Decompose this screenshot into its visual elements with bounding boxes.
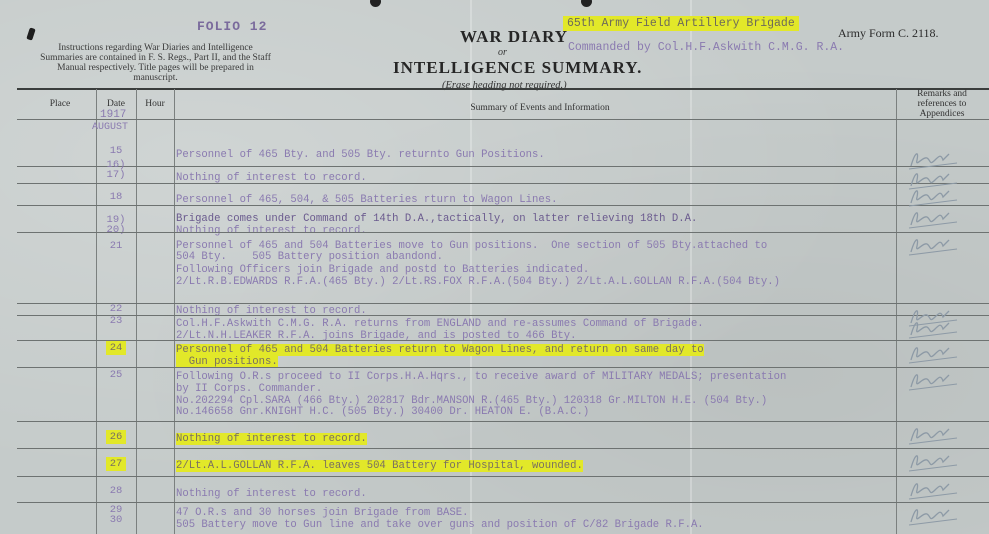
column-header-place: Place [40, 99, 80, 109]
entry-text: 2/Lt.A.L.GOLLAN R.F.A. leaves 504 Batter… [176, 461, 896, 472]
initials-signature-icon [905, 185, 965, 209]
entry-date: 24 [100, 343, 132, 353]
entry-text: Following Officers join Brigade and post… [176, 265, 896, 276]
row-rule [17, 421, 989, 422]
entry-text: 2/Lt.R.B.EDWARDS R.F.A.(465 Bty.) 2/Lt.R… [176, 277, 896, 288]
war-diary-page: FOLIO 12 Instructions regarding War Diar… [0, 0, 989, 534]
ink-mark [26, 27, 35, 40]
initials-signature-icon [905, 478, 965, 502]
entry-text: Nothing of interest to record. [176, 434, 896, 445]
title-or: or [498, 47, 507, 58]
initials-signature-icon [905, 504, 965, 528]
unit-name: 65th Army Field Artillery Brigade [563, 16, 799, 31]
initials-signature-icon [905, 234, 965, 258]
entry-text: Brigade comes under Command of 14th D.A.… [176, 214, 896, 225]
entry-text: by II Corps. Commander. [176, 384, 896, 395]
table-top-rule [17, 88, 989, 90]
date-column-left-rule [96, 89, 97, 534]
row-rule [17, 303, 989, 304]
entry-text: Col.H.F.Askwith C.M.G. R.A. returns from… [176, 319, 896, 330]
row-rule [17, 232, 989, 233]
entry-text: Personnel of 465 and 504 Batteries retur… [176, 345, 896, 356]
entry-text: Nothing of interest to record. [176, 489, 896, 500]
initials-signature-icon [905, 207, 965, 231]
instructions-text: Instructions regarding War Diaries and I… [38, 43, 273, 83]
row-rule [17, 367, 989, 368]
initials-signature-icon [905, 450, 965, 474]
entry-text: No.146658 Gnr.KNIGHT H.C. (505 Bty.) 304… [176, 407, 896, 418]
row-rule [17, 166, 989, 167]
column-header-date: Date [98, 99, 134, 109]
date-column-right-rule [136, 89, 137, 534]
punch-hole [581, 0, 592, 7]
initials-signature-icon [905, 369, 965, 393]
column-header-remarks: Remarks and references to Appendices [900, 89, 984, 119]
entry-date: 25 [100, 370, 132, 380]
entry-date: 27 [100, 459, 132, 469]
entry-text: 504 Bty. 505 Battery position abandond. [176, 252, 896, 263]
row-rule [17, 448, 989, 449]
column-header-summary: Summary of Events and Information [420, 103, 660, 113]
month: AUGUST [92, 122, 128, 133]
initials-signature-icon [905, 317, 965, 341]
initials-signature-icon [905, 423, 965, 447]
entry-date: 26 [100, 432, 132, 442]
punch-hole [370, 0, 381, 7]
entry-date: 18 [100, 192, 132, 202]
entry-text: Personnel of 465 Bty. and 505 Bty. retur… [176, 150, 896, 161]
row-rule [17, 502, 989, 503]
remarks-column-left-rule [896, 89, 897, 534]
folio-stamp: FOLIO 12 [197, 19, 267, 34]
hour-column-right-rule [174, 89, 175, 534]
title-intelligence-summary: INTELLIGENCE SUMMARY. [393, 58, 642, 78]
entry-date: 23 [100, 316, 132, 326]
entry-date: 29 30 [100, 505, 132, 525]
entry-date: 16) 17) [100, 160, 132, 180]
row-rule [17, 315, 989, 316]
entry-text: Following O.R.s proceed to II Corps.H.A.… [176, 372, 896, 383]
row-rule [17, 205, 989, 206]
entry-date: 21 [100, 241, 132, 251]
entry-date: 22 [100, 304, 132, 314]
row-rule [17, 183, 989, 184]
army-form-number: Army Form C. 2118. [838, 26, 939, 41]
row-rule [17, 476, 989, 477]
entry-text: 47 O.R.s and 30 horses join Brigade from… [176, 508, 896, 519]
row-rule [17, 340, 989, 341]
entry-text: 505 Battery move to Gun line and take ov… [176, 520, 896, 531]
title-war-diary: WAR DIARY [460, 27, 568, 47]
initials-signature-icon [905, 342, 965, 366]
entry-date: 28 [100, 486, 132, 496]
header-rule [17, 119, 989, 120]
column-header-hour: Hour [138, 99, 172, 109]
commanded-by: Commanded by Col.H.F.Askwith C.M.G. R.A. [568, 41, 844, 54]
entry-date: 15 [100, 146, 132, 156]
